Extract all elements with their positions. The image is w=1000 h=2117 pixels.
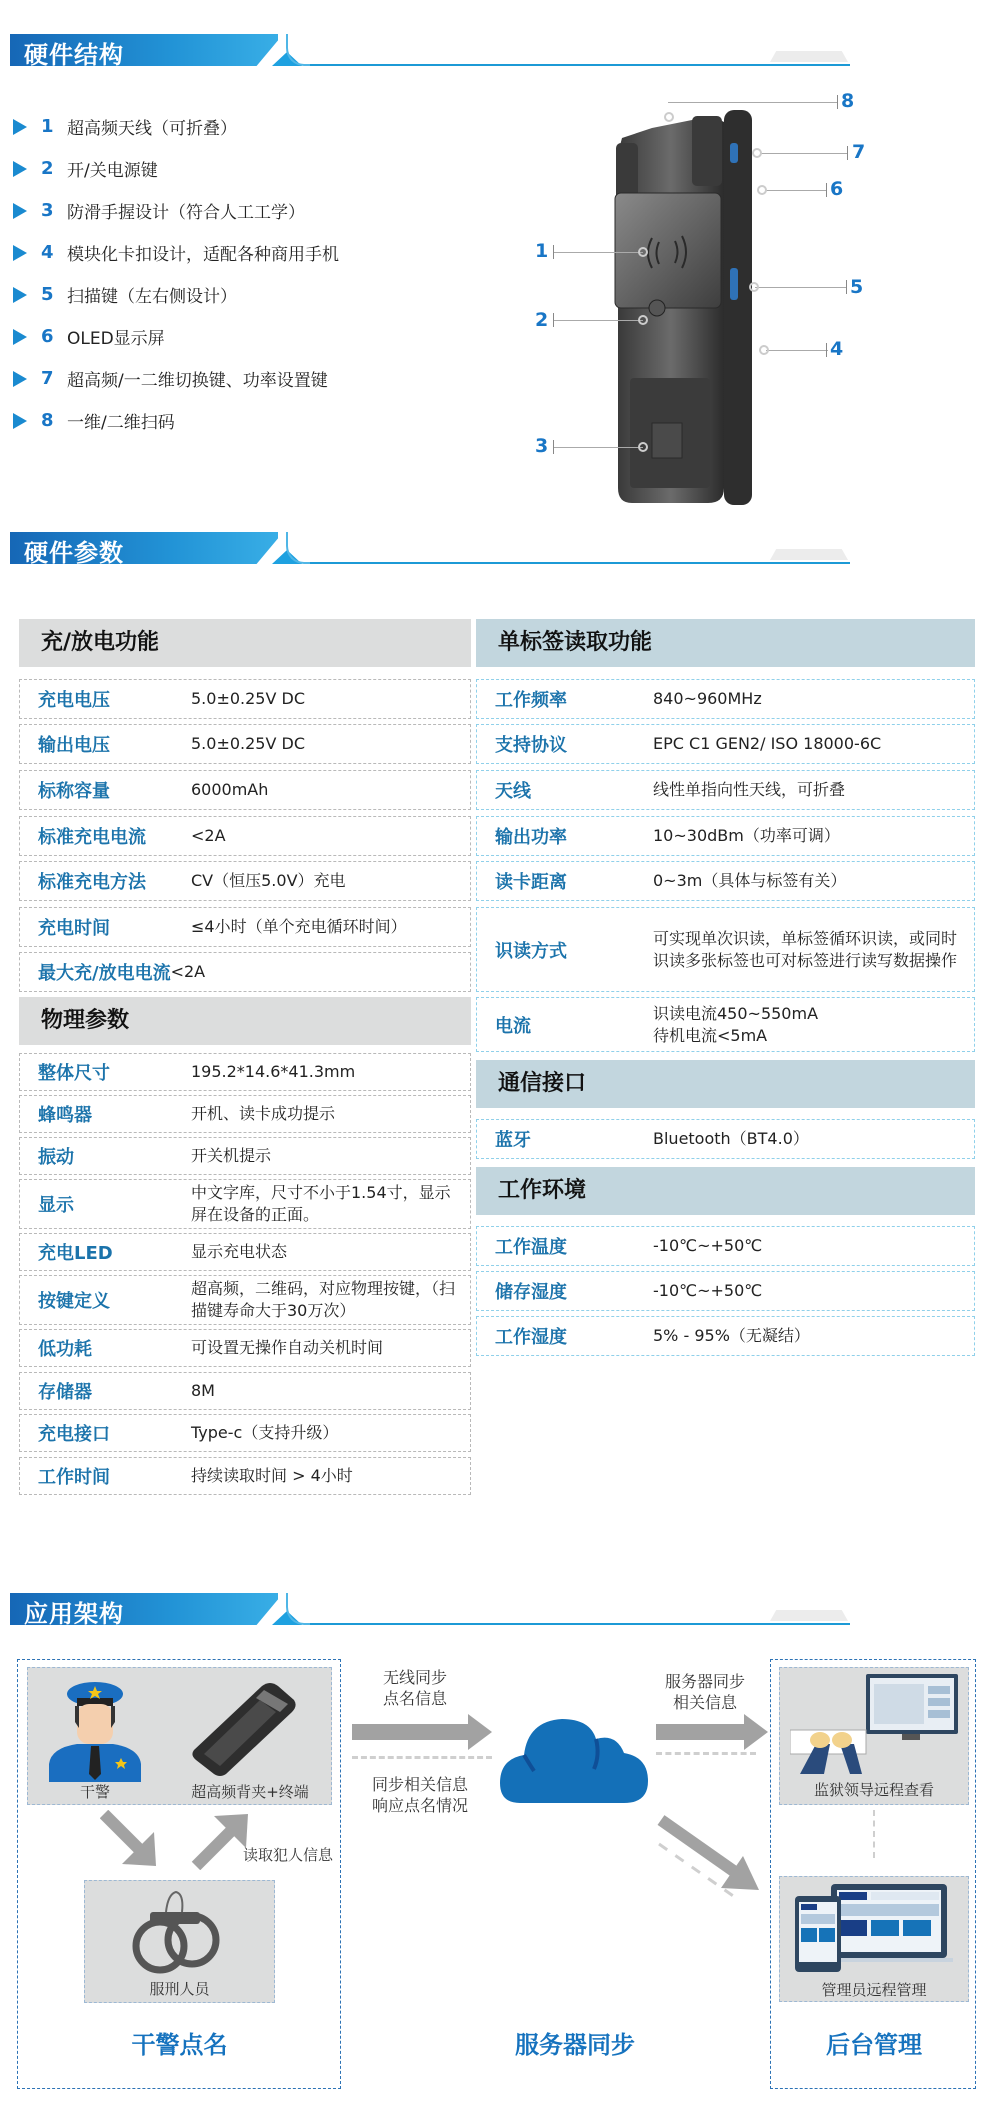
spec-value: CV（恒压5.0V）充电 — [191, 870, 346, 892]
spec-key: 储存湿度 — [477, 1278, 653, 1304]
spec-key: 振动 — [20, 1143, 191, 1169]
section-header-structure: 硬件结构 — [10, 34, 845, 68]
terminal-label: 超高频背夹+终端 — [170, 1783, 330, 1803]
spec-value: EPC C1 GEN2/ ISO 18000-6C — [653, 733, 881, 755]
rfid-terminal-icon — [190, 1680, 300, 1776]
feature-number: 2 — [41, 158, 67, 179]
feature-item: 3防滑手握设计（符合人工工学） — [13, 198, 305, 223]
table-row: 低功耗可设置无操作自动关机时间 — [19, 1329, 471, 1367]
arrow-down-right-admin-icon — [655, 1810, 765, 1910]
table-row: 振动开关机提示 — [19, 1137, 471, 1175]
feature-item: 2开/关电源键 — [13, 156, 158, 181]
label-line: 点名信息 — [360, 1689, 470, 1710]
sync-down-label: 同步相关信息响应点名情况 — [360, 1775, 480, 1817]
feature-item: 6OLED显示屏 — [13, 324, 165, 349]
callout-dot — [759, 345, 769, 355]
table-header-charge: 充/放电功能 — [19, 619, 471, 667]
table-row: 蓝牙Bluetooth（BT4.0） — [476, 1119, 975, 1159]
police-officer-icon — [47, 1678, 143, 1782]
feature-text: 扫描键（左右侧设计） — [67, 282, 237, 307]
feature-item: 1超高频天线（可折叠） — [13, 114, 237, 139]
spec-key: 天线 — [477, 777, 653, 803]
callout-dot — [638, 442, 648, 452]
callout-dot — [638, 247, 648, 257]
spec-value: 可设置无操作自动关机时间 — [191, 1337, 383, 1359]
spec-value: 5.0±0.25V DC — [191, 733, 305, 755]
spec-value: 可实现单次识读，单标签循环识读，或同时识读多张标签也可对标签进行读写数据操作 — [653, 928, 965, 971]
group-title-server: 服务器同步 — [480, 2025, 670, 2060]
admin-manage-label: 管理员远程管理 — [779, 1981, 969, 2001]
table-row: 充电电压5.0±0.25V DC — [19, 679, 471, 719]
triangle-bullet-icon — [13, 371, 27, 387]
spec-value: 超高频，二维码，对应物理按键，（扫描键寿命大于30万次） — [191, 1278, 466, 1321]
spec-value: -10℃~+50℃ — [653, 1280, 762, 1302]
spec-value: ≤4小时（单个充电循环时间） — [191, 916, 407, 938]
table-row: 蜂鸣器开机、读卡成功提示 — [19, 1095, 471, 1133]
dashed-arrow-left — [656, 1752, 756, 1755]
cloud-server-icon — [500, 1715, 650, 1805]
tablet-laptop-icon — [795, 1884, 960, 1974]
handcuffs-icon — [130, 1888, 230, 1978]
section-header-params: 硬件参数 — [10, 532, 845, 566]
table-row: 最大充/放电电流<2A — [19, 952, 471, 992]
triangle-bullet-icon — [13, 203, 27, 219]
table-row: 标准充电电流<2A — [19, 816, 471, 856]
callout-number: 7 — [852, 141, 865, 163]
label-line: 无线同步 — [360, 1668, 470, 1689]
header-tab-decoration — [770, 51, 848, 62]
feature-text: 超高频天线（可折叠） — [67, 114, 237, 139]
spec-key: 标称容量 — [20, 777, 191, 803]
dashed-arrow-down — [873, 1810, 875, 1858]
table-row: 充电时间≤4小时（单个充电循环时间） — [19, 907, 471, 947]
spec-key: 工作湿度 — [477, 1323, 653, 1349]
section-title: 应用架构 — [24, 1594, 124, 1629]
table-row: 按键定义超高频，二维码，对应物理按键，（扫描键寿命大于30万次） — [19, 1275, 471, 1325]
header-underline — [310, 562, 850, 564]
callout-tick — [837, 95, 838, 109]
spec-key: 存储器 — [20, 1378, 191, 1404]
spec-key: 读卡距离 — [477, 868, 653, 894]
table-row: 工作时间持续读取时间 > 4小时 — [19, 1457, 471, 1495]
spec-value: 5% - 95%（无凝结） — [653, 1325, 810, 1347]
feature-item: 8一维/二维扫码 — [13, 408, 175, 433]
table-row: 储存湿度-10℃~+50℃ — [476, 1271, 975, 1311]
table-row: 支持协议EPC C1 GEN2/ ISO 18000-6C — [476, 724, 975, 764]
label-line: 相关信息 — [655, 1693, 755, 1714]
callout-number: 1 — [535, 240, 548, 262]
callout-dot — [638, 315, 648, 325]
spec-value: 持续读取时间 > 4小时 — [191, 1465, 353, 1487]
arrow-down-right-icon — [100, 1810, 160, 1870]
spec-key: 充电接口 — [20, 1420, 191, 1446]
table-row: 标称容量6000mAh — [19, 770, 471, 810]
dashed-arrow-left — [352, 1756, 492, 1759]
arrow-right-sync-up — [352, 1724, 470, 1740]
spec-key: 最大充/放电电流 — [20, 959, 171, 985]
callout-line — [668, 102, 838, 103]
spec-key: 蜂鸣器 — [20, 1101, 191, 1127]
spec-key: 按键定义 — [20, 1287, 191, 1313]
group-title-backend: 后台管理 — [779, 2025, 969, 2060]
callout-tick — [553, 440, 554, 454]
callout-tick — [847, 146, 848, 160]
callout-number: 8 — [841, 90, 854, 112]
table-header-comm: 通信接口 — [476, 1060, 975, 1108]
triangle-bullet-icon — [13, 161, 27, 177]
table-row: 输出电压5.0±0.25V DC — [19, 724, 471, 764]
table-row: 天线线性单指向性天线，可折叠 — [476, 770, 975, 810]
spec-key: 整体尺寸 — [20, 1059, 191, 1085]
leader-view-label: 监狱领导远程查看 — [779, 1781, 969, 1801]
table-row: 充电接口Type-c（支持升级） — [19, 1414, 471, 1452]
table-row: 识读方式可实现单次识读，单标签循环识读，或同时识读多张标签也可对标签进行读写数据… — [476, 907, 975, 992]
spec-value: <2A — [191, 825, 226, 847]
table-row: 输出功率10~30dBm（功率可调） — [476, 816, 975, 856]
callout-tick — [553, 313, 554, 327]
spec-key: 工作时间 — [20, 1463, 191, 1489]
spec-key: 低功耗 — [20, 1335, 191, 1361]
table-row: 充电LED显示充电状态 — [19, 1233, 471, 1271]
callout-line — [766, 350, 828, 351]
feature-number: 5 — [41, 284, 67, 305]
prisoner-label: 服刑人员 — [84, 1980, 275, 2000]
section-title: 硬件结构 — [24, 35, 124, 70]
triangle-bullet-icon — [13, 413, 27, 429]
spec-key: 输出功率 — [477, 823, 653, 849]
spec-key: 输出电压 — [20, 731, 191, 757]
spec-value: -10℃~+50℃ — [653, 1235, 762, 1257]
spec-value: 195.2*14.6*41.3mm — [191, 1061, 355, 1083]
feature-number: 7 — [41, 368, 67, 389]
triangle-bullet-icon — [13, 245, 27, 261]
callout-line — [553, 320, 643, 321]
feature-text: 一维/二维扫码 — [67, 408, 175, 433]
callout-line — [760, 153, 848, 154]
header-underline — [310, 1623, 850, 1625]
callout-tick — [553, 245, 554, 259]
spec-value: 线性单指向性天线，可折叠 — [653, 779, 845, 801]
group-title-officer: 干警点名 — [84, 2025, 275, 2060]
callout-line — [755, 287, 846, 288]
feature-number: 8 — [41, 410, 67, 431]
spec-key: 显示 — [20, 1191, 191, 1217]
spec-value: Bluetooth（BT4.0） — [653, 1128, 809, 1150]
table-header-tag-read: 单标签读取功能 — [476, 619, 975, 667]
table-row: 存储器8M — [19, 1372, 471, 1410]
officer-label: 干警 — [47, 1783, 143, 1803]
spec-value: 10~30dBm（功率可调） — [653, 825, 840, 847]
table-row: 读卡距离0~3m（具体与标签有关） — [476, 861, 975, 901]
label-line: 服务器同步 — [655, 1672, 755, 1693]
feature-item: 5扫描键（左右侧设计） — [13, 282, 237, 307]
spec-value: 开关机提示 — [191, 1145, 271, 1167]
section-title: 硬件参数 — [24, 533, 124, 568]
table-row: 显示中文字库，尺寸不小于1.54寸，显示屏在设备的正面。 — [19, 1179, 471, 1229]
callout-dot — [664, 112, 674, 122]
callout-number: 3 — [535, 435, 548, 457]
spec-key: 电流 — [477, 1012, 653, 1038]
read-info-label: 读取犯人信息 — [233, 1846, 343, 1866]
rfid-device-image — [612, 108, 762, 508]
table-row: 工作频率840~960MHz — [476, 679, 975, 719]
spec-value: 5.0±0.25V DC — [191, 688, 305, 710]
feature-number: 4 — [41, 242, 67, 263]
feature-item: 4模块化卡扣设计，适配各种商用手机 — [13, 240, 339, 265]
table-row: 标准充电方法CV（恒压5.0V）充电 — [19, 861, 471, 901]
table-header-env: 工作环境 — [476, 1167, 975, 1215]
spec-value: 840~960MHz — [653, 688, 762, 710]
callout-dot — [757, 185, 767, 195]
feature-number: 6 — [41, 326, 67, 347]
header-tab-decoration — [770, 1610, 848, 1621]
callout-tick — [826, 183, 827, 197]
table-row: 电流识读电流450~550mA 待机电流<5mA — [476, 997, 975, 1052]
desktop-keyboard-icon — [790, 1674, 960, 1778]
spec-key: 充电时间 — [20, 914, 191, 940]
feature-text: 开/关电源键 — [67, 156, 158, 181]
spec-key: 识读方式 — [477, 937, 653, 963]
spec-value: 开机、读卡成功提示 — [191, 1103, 335, 1125]
spec-key: 充电LED — [20, 1239, 191, 1265]
table-row: 工作湿度5% - 95%（无凝结） — [476, 1316, 975, 1356]
label-line: 同步相关信息 — [360, 1775, 480, 1796]
callout-dot — [749, 282, 759, 292]
feature-text: 模块化卡扣设计，适配各种商用手机 — [67, 240, 339, 265]
spec-key: 蓝牙 — [477, 1126, 653, 1152]
table-row: 工作温度-10℃~+50℃ — [476, 1226, 975, 1266]
table-header-physical: 物理参数 — [19, 997, 471, 1045]
feature-text: 防滑手握设计（符合人工工学） — [67, 198, 305, 223]
triangle-bullet-icon — [13, 329, 27, 345]
spec-value: 0~3m（具体与标签有关） — [653, 870, 846, 892]
table-row: 整体尺寸195.2*14.6*41.3mm — [19, 1053, 471, 1091]
spec-value: Type-c（支持升级） — [191, 1422, 338, 1444]
spec-key: 标准充电电流 — [20, 823, 191, 849]
feature-text: 超高频/一二维切换键、功率设置键 — [67, 366, 328, 391]
server-sync-label: 服务器同步相关信息 — [655, 1672, 755, 1714]
callout-number: 5 — [850, 276, 863, 298]
feature-text: OLED显示屏 — [67, 324, 165, 349]
spec-value: 6000mAh — [191, 779, 268, 801]
section-header-architecture: 应用架构 — [10, 1593, 845, 1627]
header-underline — [310, 64, 850, 66]
callout-tick — [846, 280, 847, 294]
callout-number: 4 — [830, 338, 843, 360]
spec-key: 工作频率 — [477, 686, 653, 712]
spec-value: 8M — [191, 1380, 215, 1402]
spec-key: 工作温度 — [477, 1233, 653, 1259]
callout-tick — [826, 343, 827, 357]
feature-item: 7超高频/一二维切换键、功率设置键 — [13, 366, 328, 391]
spec-value: 显示充电状态 — [191, 1241, 287, 1263]
spec-value: <2A — [171, 961, 206, 983]
feature-number: 1 — [41, 116, 67, 137]
spec-value: 中文字库，尺寸不小于1.54寸，显示屏在设备的正面。 — [191, 1182, 451, 1225]
feature-number: 3 — [41, 200, 67, 221]
spec-key: 支持协议 — [477, 731, 653, 757]
callout-line — [553, 447, 643, 448]
callout-number: 2 — [535, 309, 548, 331]
arrow-right-server-sync — [656, 1724, 746, 1740]
triangle-bullet-icon — [13, 119, 27, 135]
callout-line — [765, 190, 827, 191]
spec-key: 标准充电方法 — [20, 868, 191, 894]
callout-number: 6 — [830, 178, 843, 200]
callout-line — [553, 252, 643, 253]
spec-key: 充电电压 — [20, 686, 191, 712]
triangle-bullet-icon — [13, 287, 27, 303]
label-line: 响应点名情况 — [360, 1796, 480, 1817]
spec-value: 识读电流450~550mA 待机电流<5mA — [653, 1003, 823, 1046]
callout-dot — [752, 148, 762, 158]
sync-up-label: 无线同步点名信息 — [360, 1668, 470, 1710]
header-tab-decoration — [770, 549, 848, 560]
